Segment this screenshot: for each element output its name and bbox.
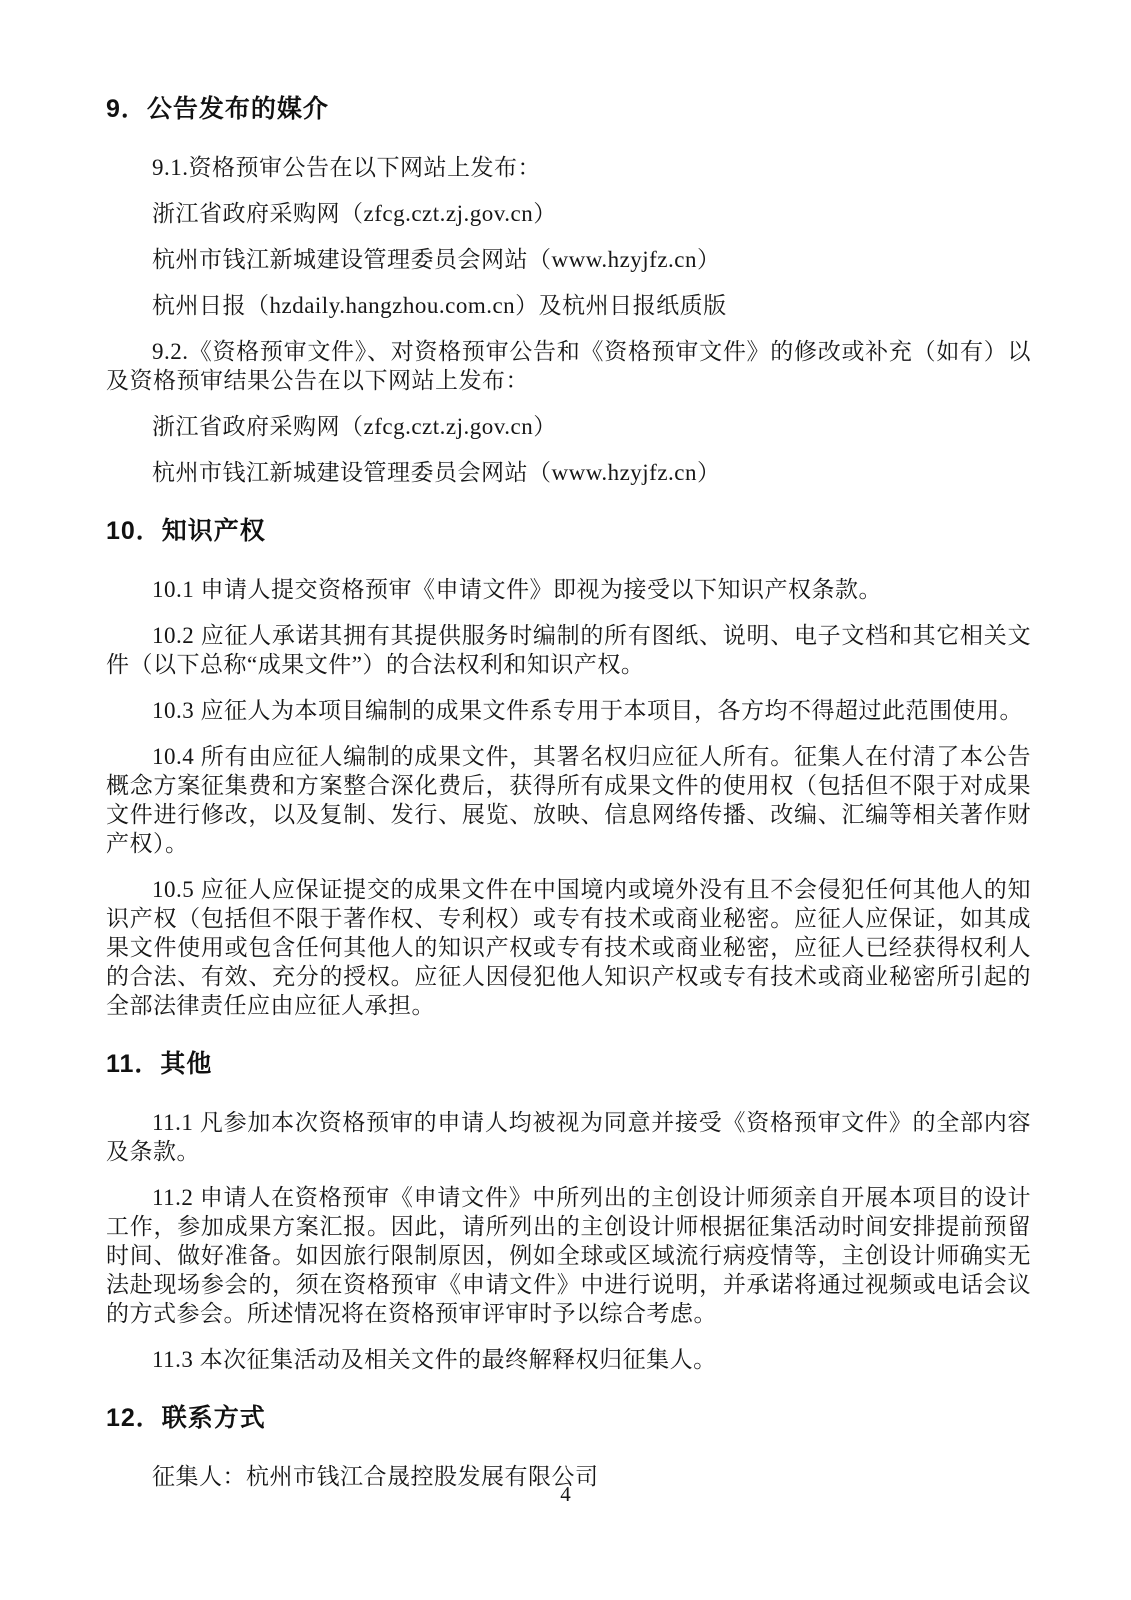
- website-hangzhou-daily: 杭州日报（hzdaily.hangzhou.com.cn）及杭州日报纸质版: [106, 291, 1031, 320]
- website-qianjiang-newtown-committee: 杭州市钱江新城建设管理委员会网站（www.hzyjfz.cn）: [106, 245, 1031, 274]
- website-zhejiang-gov-procurement: 浙江省政府采购网（zfcg.czt.zj.gov.cn）: [106, 199, 1031, 228]
- clause-11-2: 11.2 申请人在资格预审《申请文件》中所列出的主创设计师须亲自开展本项目的设计…: [106, 1183, 1031, 1328]
- section-10-intellectual-property: 10．知识产权 10.1 申请人提交资格预审《申请文件》即视为接受以下知识产权条…: [106, 515, 1031, 1020]
- document-page: 9．公告发布的媒介 9.1.资格预审公告在以下网站上发布： 浙江省政府采购网（z…: [0, 0, 1131, 1600]
- website-zhejiang-gov-procurement-2: 浙江省政府采购网（zfcg.czt.zj.gov.cn）: [106, 412, 1031, 441]
- clause-11-1: 11.1 凡参加本次资格预审的申请人均被视为同意并接受《资格预审文件》的全部内容…: [106, 1108, 1031, 1166]
- clause-11-3: 11.3 本次征集活动及相关文件的最终解释权归征集人。: [106, 1345, 1031, 1374]
- clause-10-3: 10.3 应征人为本项目编制的成果文件系专用于本项目，各方均不得超过此范围使用。: [106, 696, 1031, 725]
- section-12-contact: 12．联系方式 征集人：杭州市钱江合晟控股发展有限公司: [106, 1402, 1031, 1491]
- clause-9-2: 9.2.《资格预审文件》、对资格预审公告和《资格预审文件》的修改或补充（如有）以…: [106, 337, 1031, 395]
- document-content: 9．公告发布的媒介 9.1.资格预审公告在以下网站上发布： 浙江省政府采购网（z…: [0, 0, 1131, 1491]
- section-11-heading: 11．其他: [106, 1048, 1031, 1080]
- section-12-heading: 12．联系方式: [106, 1402, 1031, 1434]
- section-10-heading: 10．知识产权: [106, 515, 1031, 547]
- page-number: 4: [0, 1481, 1131, 1507]
- section-9-heading: 9．公告发布的媒介: [106, 93, 1031, 125]
- clause-10-5: 10.5 应征人应保证提交的成果文件在中国境内或境外没有且不会侵犯任何其他人的知…: [106, 875, 1031, 1020]
- clause-10-4: 10.4 所有由应征人编制的成果文件，其署名权归应征人所有。征集人在付清了本公告…: [106, 742, 1031, 858]
- section-9-announcement-media: 9．公告发布的媒介 9.1.资格预审公告在以下网站上发布： 浙江省政府采购网（z…: [106, 93, 1031, 487]
- section-11-miscellaneous: 11．其他 11.1 凡参加本次资格预审的申请人均被视为同意并接受《资格预审文件…: [106, 1048, 1031, 1374]
- clause-10-1: 10.1 申请人提交资格预审《申请文件》即视为接受以下知识产权条款。: [106, 575, 1031, 604]
- clause-10-2: 10.2 应征人承诺其拥有其提供服务时编制的所有图纸、说明、电子文档和其它相关文…: [106, 621, 1031, 679]
- website-qianjiang-newtown-committee-2: 杭州市钱江新城建设管理委员会网站（www.hzyjfz.cn）: [106, 458, 1031, 487]
- clause-9-1: 9.1.资格预审公告在以下网站上发布：: [106, 153, 1031, 182]
